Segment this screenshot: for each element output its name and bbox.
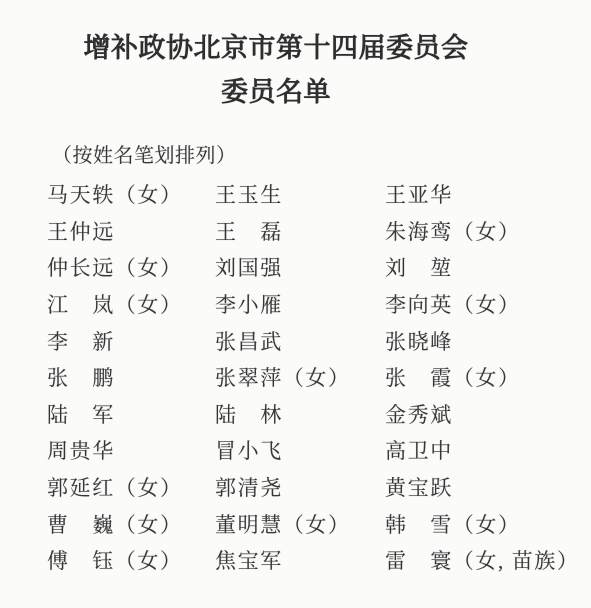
member-name: 张昌武 [215, 326, 385, 356]
member-name: 张 霞（女） [385, 362, 591, 392]
member-row: 陆 军陆 林金秀斌 [0, 396, 591, 433]
member-name: 李小雁 [215, 289, 385, 319]
member-name: 郭清尧 [215, 472, 385, 502]
member-name: 张 鹏 [47, 362, 215, 392]
member-list: 马天轶（女）王玉生王亚华王仲远王 磊朱海鸾（女）仲长远（女）刘国强刘 堃江 岚（… [0, 176, 591, 579]
member-name: 刘 堃 [385, 252, 591, 282]
member-name: 陆 军 [47, 399, 215, 429]
document-page: 增补政协北京市第十四届委员会 委员名单 （按姓名笔划排列） 马天轶（女）王玉生王… [0, 0, 591, 608]
member-row: 傅 钰（女）焦宝军雷 寰（女, 苗族） [0, 542, 591, 579]
member-row: 马天轶（女）王玉生王亚华 [0, 176, 591, 213]
member-name: 仲长远（女） [47, 252, 215, 282]
member-name: 李向英（女） [385, 289, 591, 319]
member-name: 朱海鸾（女） [385, 216, 591, 246]
member-row: 周贵华冒小飞高卫中 [0, 432, 591, 469]
member-name: 雷 寰（女, 苗族） [385, 545, 591, 575]
member-row: 郭延红（女）郭清尧黄宝跃 [0, 469, 591, 506]
member-name: 王仲远 [47, 216, 215, 246]
member-name: 冒小飞 [215, 435, 385, 465]
member-name: 董明慧（女） [215, 509, 385, 539]
title-line-2: 委员名单 [0, 70, 552, 114]
member-row: 仲长远（女）刘国强刘 堃 [0, 249, 591, 286]
document-title: 增补政协北京市第十四届委员会 委员名单 [0, 26, 552, 114]
member-row: 张 鹏张翠萍（女）张 霞（女） [0, 359, 591, 396]
member-row: 李 新张昌武张晓峰 [0, 322, 591, 359]
title-line-1: 增补政协北京市第十四届委员会 [0, 26, 552, 70]
member-row: 曹 巍（女）董明慧（女）韩 雪（女） [0, 505, 591, 542]
member-name: 王 磊 [215, 216, 385, 246]
member-name: 郭延红（女） [47, 472, 215, 502]
member-name: 刘国强 [215, 252, 385, 282]
member-name: 韩 雪（女） [385, 509, 591, 539]
member-name: 焦宝军 [215, 545, 385, 575]
member-row: 王仲远王 磊朱海鸾（女） [0, 213, 591, 250]
member-name: 李 新 [47, 326, 215, 356]
member-name: 张翠萍（女） [215, 362, 385, 392]
member-name: 周贵华 [47, 435, 215, 465]
member-name: 江 岚（女） [47, 289, 215, 319]
sort-note: （按姓名笔划排列） [52, 142, 237, 170]
member-name: 金秀斌 [385, 399, 591, 429]
member-name: 张晓峰 [385, 326, 591, 356]
member-name: 马天轶（女） [47, 179, 215, 209]
member-name: 高卫中 [385, 435, 591, 465]
member-name: 王玉生 [215, 179, 385, 209]
member-row: 江 岚（女）李小雁李向英（女） [0, 286, 591, 323]
member-name: 王亚华 [385, 179, 591, 209]
member-name: 傅 钰（女） [47, 545, 215, 575]
member-name: 曹 巍（女） [47, 509, 215, 539]
member-name: 陆 林 [215, 399, 385, 429]
member-name: 黄宝跃 [385, 472, 591, 502]
